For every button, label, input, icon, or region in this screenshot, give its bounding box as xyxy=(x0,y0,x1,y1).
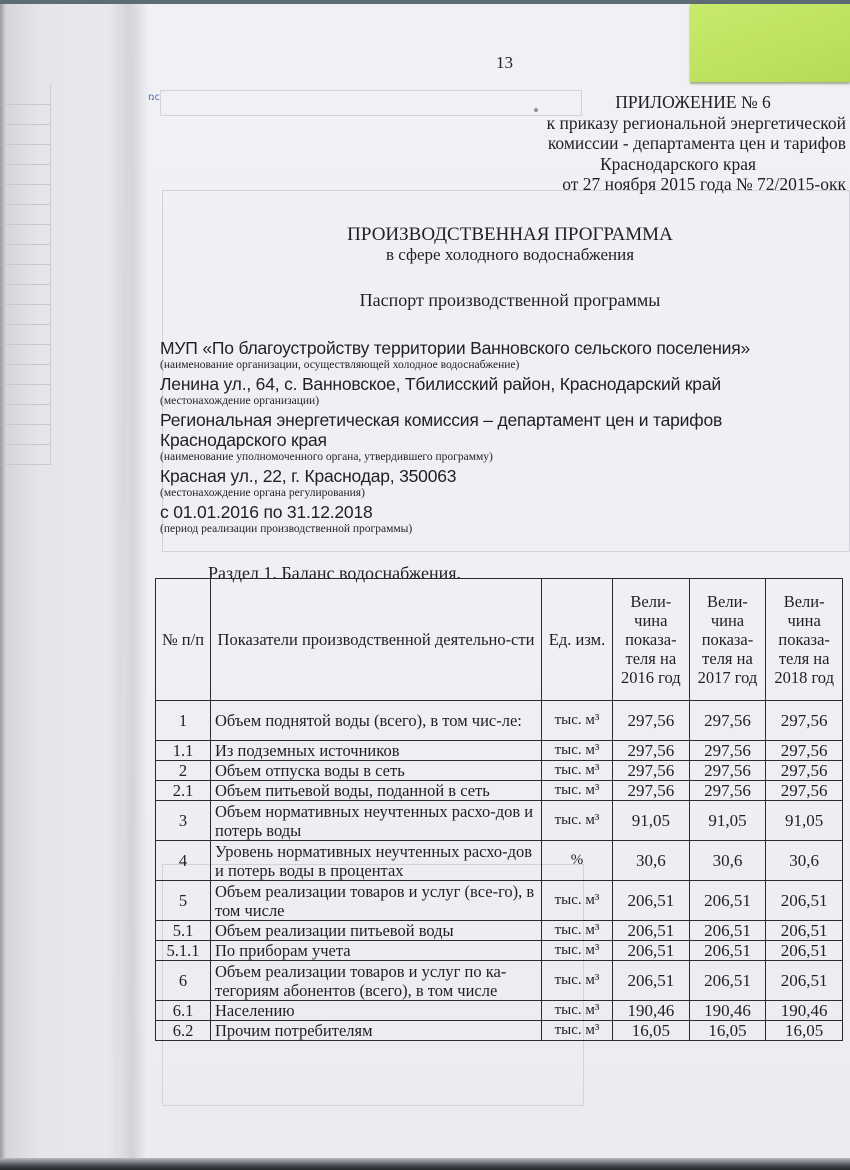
page-number: 13 xyxy=(496,53,513,73)
row-unit: тыс. м³ xyxy=(542,961,613,1001)
value-2018: 206,51 xyxy=(766,961,843,1001)
row-number: 6 xyxy=(156,961,211,1001)
underlying-table-row xyxy=(4,204,51,225)
value-2018: 91,05 xyxy=(766,801,843,841)
row-indicator: Прочим потребителям xyxy=(211,1021,542,1041)
underlying-table-row xyxy=(4,224,51,245)
row-indicator: По приборам учета xyxy=(211,941,542,961)
value-2016: 30,6 xyxy=(613,841,690,881)
underlying-table-row xyxy=(4,304,51,325)
row-number: 3 xyxy=(156,801,211,841)
table-row: 2Объем отпуска воды в сетьтыс. м³297,562… xyxy=(156,761,843,781)
value-2016: 16,05 xyxy=(613,1021,690,1041)
value-2018: 206,51 xyxy=(766,941,843,961)
appendix-line: к приказу региональной энергетической xyxy=(500,113,846,134)
row-unit: тыс. м³ xyxy=(542,801,613,841)
underlying-table-row xyxy=(4,344,51,365)
water-balance-table: № п/п Показатели производственной деятел… xyxy=(155,578,843,1041)
row-number: 4 xyxy=(156,841,211,881)
header-unit: Ед. изм. xyxy=(542,579,613,701)
passport-entry: МУП «По благоустройству территории Ванно… xyxy=(160,338,850,373)
bottom-edge xyxy=(0,1158,850,1170)
value-2018: 190,46 xyxy=(766,1001,843,1021)
program-subtitle: в сфере холодного водоснабжения xyxy=(160,245,850,265)
value-2018: 206,51 xyxy=(766,881,843,921)
value-2016: 206,51 xyxy=(613,961,690,1001)
passport-entry: Ленина ул., 64, с. Ванновское, Тбилисски… xyxy=(160,374,850,409)
header-2016: Вели-чина показа-теля на 2016 год xyxy=(613,579,690,701)
underlying-table-row xyxy=(4,104,51,125)
row-unit: тыс. м³ xyxy=(542,741,613,761)
value-2017: 206,51 xyxy=(689,921,766,941)
underlying-table-row xyxy=(4,264,51,285)
value-2017: 91,05 xyxy=(689,801,766,841)
table-row: 5.1Объем реализации питьевой водытыс. м³… xyxy=(156,921,843,941)
row-indicator: Объем реализации товаров и услуг (все-го… xyxy=(211,881,542,921)
row-indicator: Объем поднятой воды (всего), в том чис-л… xyxy=(211,701,542,741)
appendix-title: ПРИЛОЖЕНИЕ № 6 xyxy=(500,92,846,113)
row-number: 1 xyxy=(156,701,211,741)
header-2017: Вели-чина показа-теля на 2017 год xyxy=(689,579,766,701)
row-indicator: Уровень нормативных неучтенных расхо-дов… xyxy=(211,841,542,881)
table-row: 3Объем нормативных неучтенных расхо-дов … xyxy=(156,801,843,841)
row-indicator: Объем отпуска воды в сеть xyxy=(211,761,542,781)
row-indicator: Объем реализации питьевой воды xyxy=(211,921,542,941)
underlying-table-row xyxy=(4,364,51,385)
value-2016: 206,51 xyxy=(613,941,690,961)
underlying-table-row xyxy=(4,164,51,185)
appendix-line: Краснодарского края xyxy=(500,154,846,175)
table-row: 1.1Из подземных источниковтыс. м³297,562… xyxy=(156,741,843,761)
value-2016: 297,56 xyxy=(613,761,690,781)
header-2018: Вели-чина показа-теля на 2018 год xyxy=(766,579,843,701)
program-title: ПРОИЗВОДСТВЕННАЯ ПРОГРАММА xyxy=(160,224,850,246)
value-2018: 16,05 xyxy=(766,1021,843,1041)
row-number: 6.2 xyxy=(156,1021,211,1041)
table-row: 2.1Объем питьевой воды, поданной в сетьт… xyxy=(156,781,843,801)
row-number: 6.1 xyxy=(156,1001,211,1021)
sticky-note xyxy=(690,4,850,82)
table-header-row: № п/п Показатели производственной деятел… xyxy=(156,579,843,701)
value-2017: 297,56 xyxy=(689,741,766,761)
table-row: 1Объем поднятой воды (всего), в том чис-… xyxy=(156,701,843,741)
table-row: 6.2Прочим потребителямтыс. м³16,0516,051… xyxy=(156,1021,843,1041)
underlying-table-row xyxy=(4,144,51,165)
underlying-table-row xyxy=(4,284,51,305)
row-unit: тыс. м³ xyxy=(542,941,613,961)
row-unit: тыс. м³ xyxy=(542,761,613,781)
value-2016: 297,56 xyxy=(613,701,690,741)
appendix-header: ПРИЛОЖЕНИЕ № 6 к приказу региональной эн… xyxy=(500,92,846,195)
authority-address: Красная ул., 22, г. Краснодар, 350063 xyxy=(160,466,850,486)
row-number: 2 xyxy=(156,761,211,781)
value-2016: 206,51 xyxy=(613,921,690,941)
page-fold-shadow xyxy=(108,4,148,1164)
underlying-table-row xyxy=(4,244,51,265)
underlying-table-row xyxy=(4,384,51,405)
field-caption: (наименование уполномоченного органа, ут… xyxy=(160,450,850,465)
header-indicator: Показатели производственной деятельно-ст… xyxy=(211,579,542,701)
value-2016: 91,05 xyxy=(613,801,690,841)
row-number: 1.1 xyxy=(156,741,211,761)
organization-name: МУП «По благоустройству территории Ванно… xyxy=(160,338,850,358)
underlying-table-row xyxy=(4,324,51,345)
passport-entry: Красная ул., 22, г. Краснодар, 350063 (м… xyxy=(160,466,850,501)
value-2017: 190,46 xyxy=(689,1001,766,1021)
row-unit: тыс. м³ xyxy=(542,881,613,921)
value-2016: 297,56 xyxy=(613,781,690,801)
row-unit: тыс. м³ xyxy=(542,1021,613,1041)
value-2017: 206,51 xyxy=(689,941,766,961)
row-indicator: Объем реализации товаров и услуг по ка-т… xyxy=(211,961,542,1001)
row-unit: тыс. м³ xyxy=(542,1001,613,1021)
underlying-table-row xyxy=(4,124,51,145)
field-caption: (наименование организации, осуществляюще… xyxy=(160,358,850,373)
value-2018: 206,51 xyxy=(766,921,843,941)
row-indicator: Объем нормативных неучтенных расхо-дов и… xyxy=(211,801,542,841)
row-unit: % xyxy=(542,841,613,881)
underlying-table-row xyxy=(4,424,51,445)
value-2017: 30,6 xyxy=(689,841,766,881)
row-indicator: Населению xyxy=(211,1001,542,1021)
underlying-table-row xyxy=(4,444,51,465)
value-2017: 297,56 xyxy=(689,781,766,801)
value-2017: 297,56 xyxy=(689,701,766,741)
value-2018: 297,56 xyxy=(766,761,843,781)
value-2016: 206,51 xyxy=(613,881,690,921)
implementation-period: с 01.01.2016 по 31.12.2018 xyxy=(160,502,850,522)
field-caption: (местонахождение организации) xyxy=(160,394,850,409)
value-2017: 206,51 xyxy=(689,961,766,1001)
value-2017: 16,05 xyxy=(689,1021,766,1041)
row-number: 2.1 xyxy=(156,781,211,801)
value-2018: 297,56 xyxy=(766,701,843,741)
row-number: 5.1.1 xyxy=(156,941,211,961)
field-caption: (местонахождение органа регулирования) xyxy=(160,486,850,501)
pen-mark: ռc xyxy=(148,92,160,103)
row-number: 5 xyxy=(156,881,211,921)
value-2017: 206,51 xyxy=(689,881,766,921)
header-num: № п/п xyxy=(156,579,211,701)
value-2016: 190,46 xyxy=(613,1001,690,1021)
passport-entry: Региональная энергетическая комиссия – д… xyxy=(160,410,850,465)
underlying-table-row xyxy=(4,404,51,425)
underlying-table-row xyxy=(4,184,51,205)
row-indicator: Из подземных источников xyxy=(211,741,542,761)
row-unit: тыс. м³ xyxy=(542,921,613,941)
underlying-table-row xyxy=(4,84,51,105)
organization-address: Ленина ул., 64, с. Ванновское, Тбилисски… xyxy=(160,374,850,394)
row-number: 5.1 xyxy=(156,921,211,941)
appendix-line: от 27 ноября 2015 года № 72/2015-окк xyxy=(500,174,846,195)
value-2016: 297,56 xyxy=(613,741,690,761)
appendix-line: комиссии - департамента цен и тарифов xyxy=(500,133,846,154)
row-unit: тыс. м³ xyxy=(542,701,613,741)
value-2017: 297,56 xyxy=(689,761,766,781)
passport-info: МУП «По благоустройству территории Ванно… xyxy=(160,338,850,538)
table-row: 6Объем реализации товаров и услуг по ка-… xyxy=(156,961,843,1001)
table-row: 6.1Населениютыс. м³190,46190,46190,46 xyxy=(156,1001,843,1021)
passport-title: Паспорт производственной программы xyxy=(160,290,850,311)
field-caption: (период реализации производственной прог… xyxy=(160,522,850,537)
table-row: 4Уровень нормативных неучтенных расхо-до… xyxy=(156,841,843,881)
table-row: 5.1.1По приборам учетатыс. м³206,51206,5… xyxy=(156,941,843,961)
value-2018: 30,6 xyxy=(766,841,843,881)
passport-entry: с 01.01.2016 по 31.12.2018 (период реали… xyxy=(160,502,850,537)
value-2018: 297,56 xyxy=(766,741,843,761)
row-indicator: Объем питьевой воды, поданной в сеть xyxy=(211,781,542,801)
value-2018: 297,56 xyxy=(766,781,843,801)
table-row: 5Объем реализации товаров и услуг (все-г… xyxy=(156,881,843,921)
approving-authority: Региональная энергетическая комиссия – д… xyxy=(160,410,760,450)
row-unit: тыс. м³ xyxy=(542,781,613,801)
